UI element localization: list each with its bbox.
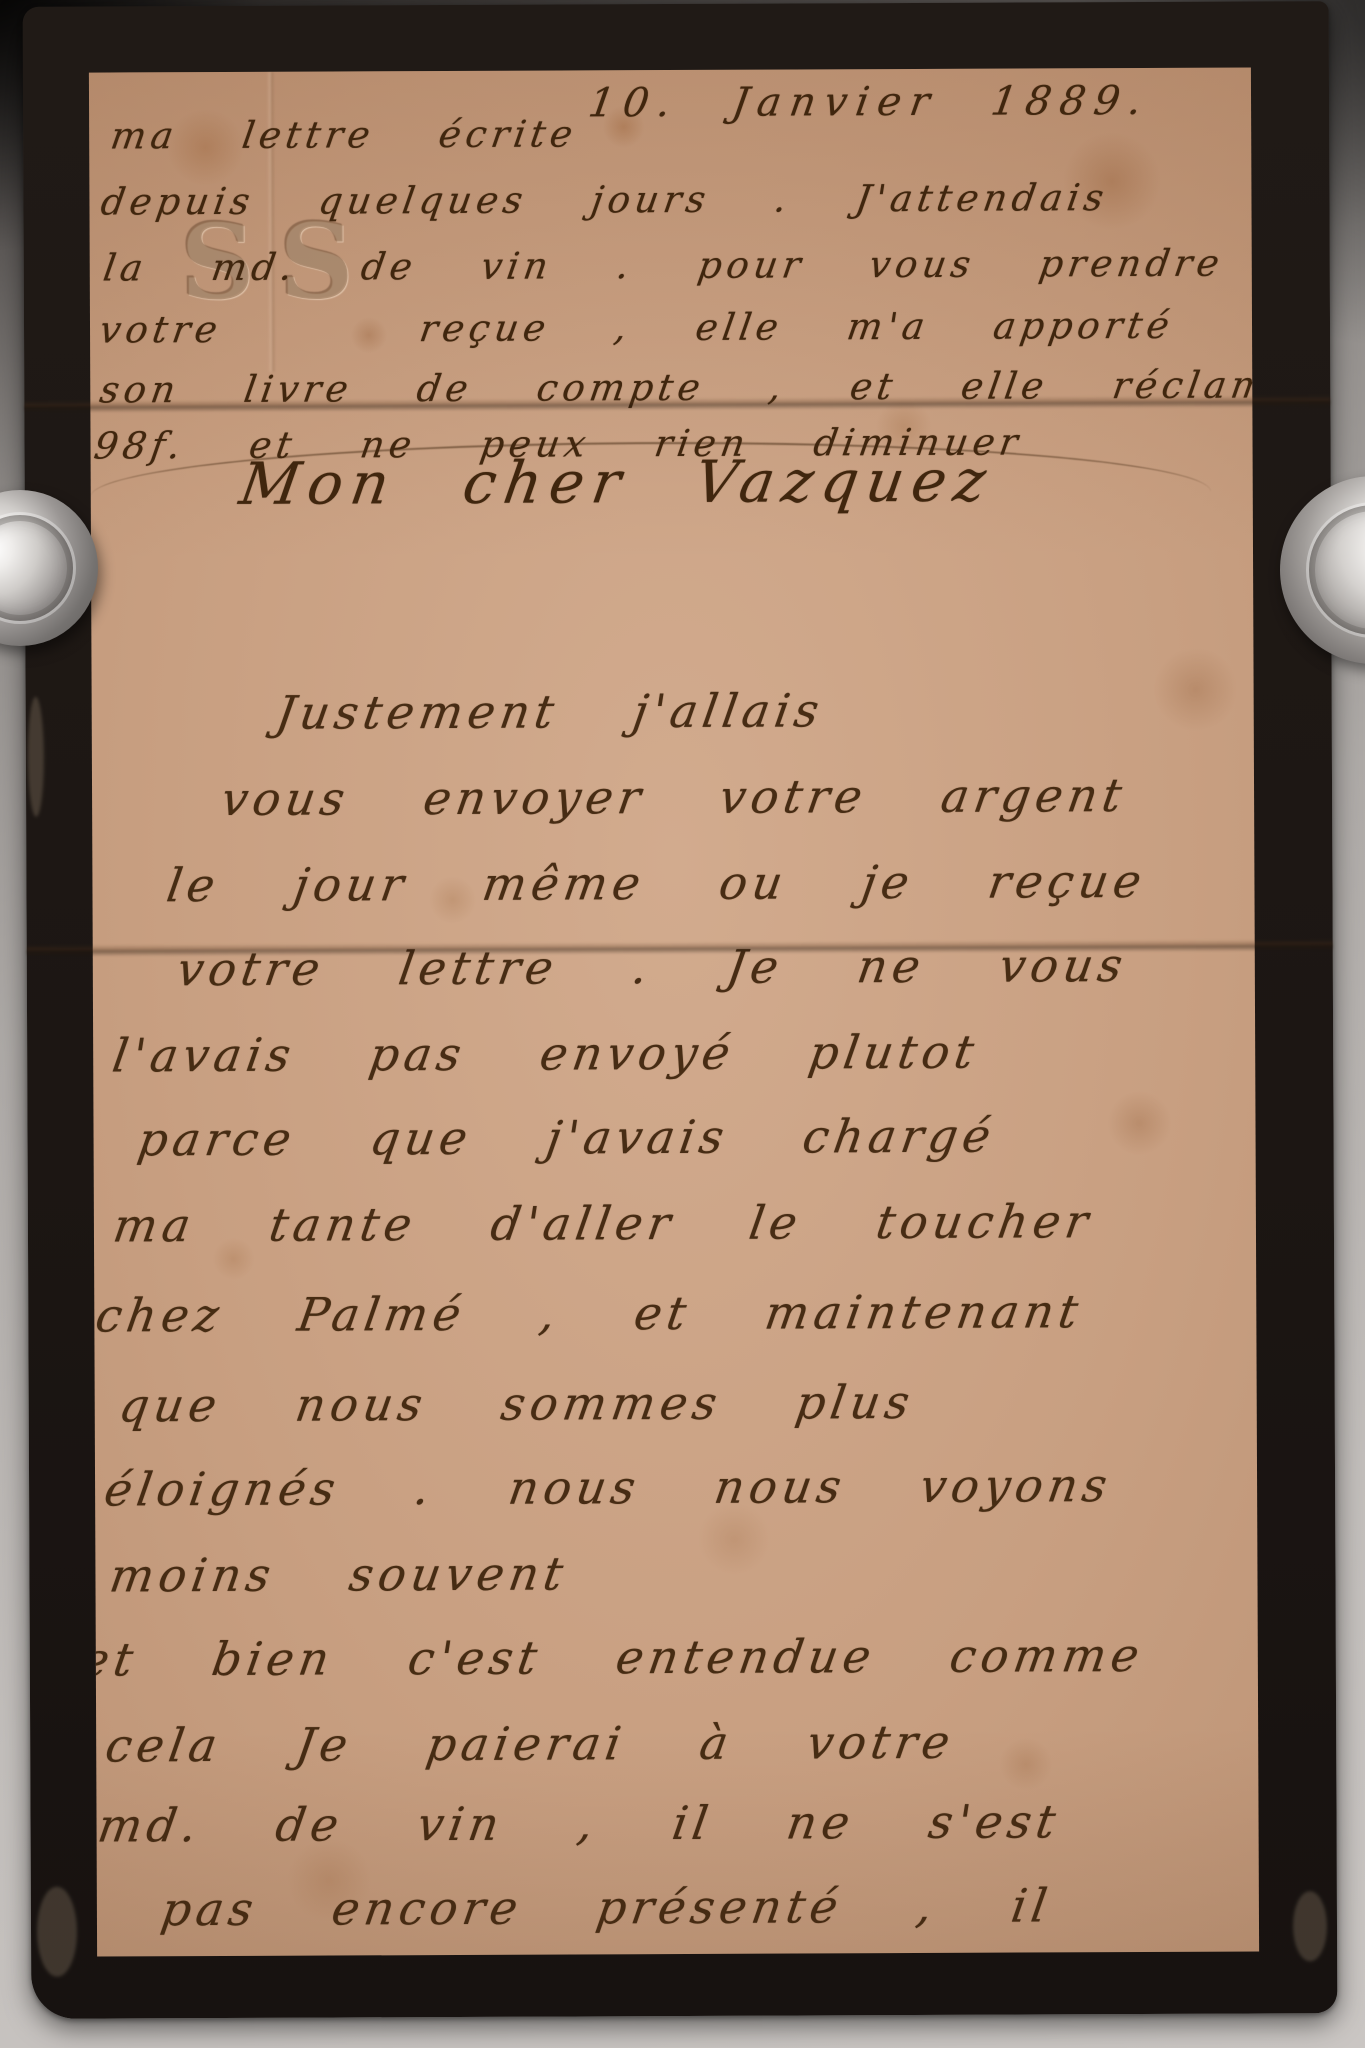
letter-line: l'avais pas envoyé plutot xyxy=(109,1025,982,1083)
letter-line: md. de vin , il ne s'est xyxy=(94,1794,1064,1852)
letter-line: la md. de vin . pour vous prendre xyxy=(100,242,1227,290)
border-scuff xyxy=(37,1887,77,1977)
letter-line: pas encore présenté , il xyxy=(158,1878,1056,1936)
letter-line: parce que j'avais chargé xyxy=(134,1109,999,1167)
letter-line: reçue , elle m'a apporté xyxy=(417,304,1177,350)
photograph-background: SS ma lettre écrite 10. Janvier 1889. de… xyxy=(0,0,1365,2048)
letter-line: vous envoyer votre argent xyxy=(218,768,1130,826)
letter-line: éloignés . nous nous voyons xyxy=(101,1458,1116,1516)
letter-line: son livre de compte , et elle réclame xyxy=(97,363,1259,411)
letter-line: Justement j'allais xyxy=(273,683,828,739)
letter-line: votre lettre . Je ne vous xyxy=(174,938,1131,996)
letter-line: votre xyxy=(97,308,225,352)
letter-line: moins souvent xyxy=(106,1546,571,1602)
date-line: 10. Janvier 1889. xyxy=(586,78,1154,126)
letter-line: cela Je paierai à votre xyxy=(102,1715,959,1773)
letter-line: ma tante d'aller le toucher xyxy=(110,1194,1097,1252)
letter-line: ma lettre écrite xyxy=(108,112,580,157)
letter-line: et bien c'est entendue comme xyxy=(89,1628,1148,1687)
mourning-letter: SS ma lettre écrite 10. Janvier 1889. de… xyxy=(23,1,1338,2019)
letter-line: chez Palmé , et maintenant xyxy=(92,1284,1086,1342)
letter-line: que nous sommes plus xyxy=(116,1375,919,1433)
letter-line: le jour même ou je reçue xyxy=(163,854,1150,912)
border-scuff xyxy=(28,697,45,817)
letter-line: depuis quelques jours . J'attendais xyxy=(98,176,1111,223)
salutation: Mon cher Vazquez xyxy=(235,447,998,518)
border-scuff xyxy=(1293,1891,1327,1961)
letter-paper: SS ma lettre écrite 10. Janvier 1889. de… xyxy=(89,68,1259,1957)
